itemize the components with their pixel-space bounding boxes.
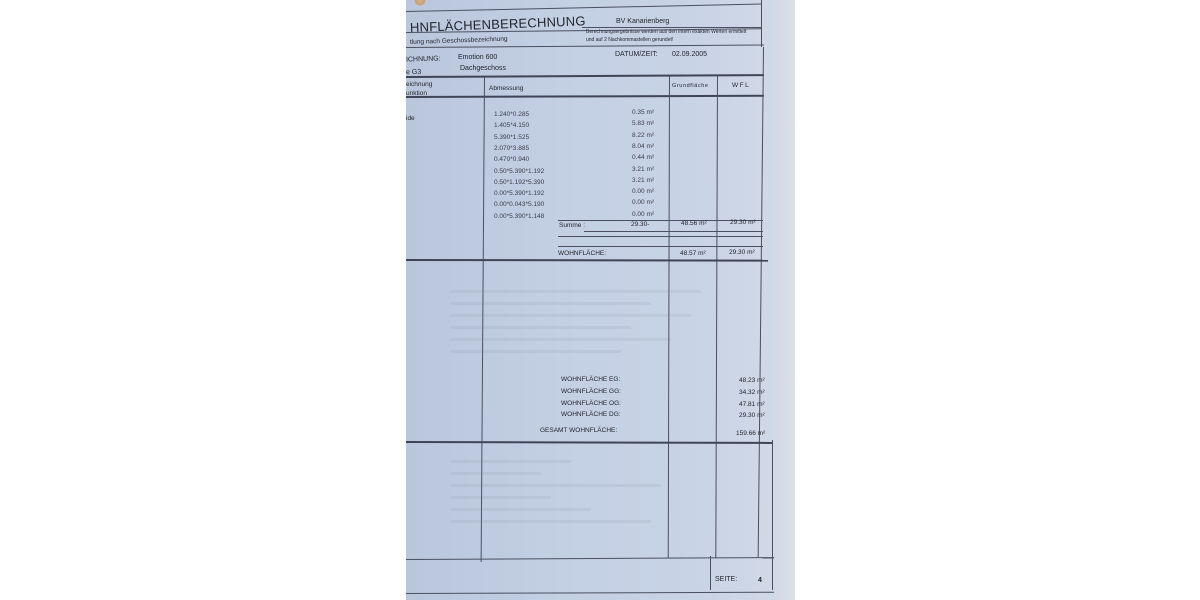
rule bbox=[558, 246, 763, 247]
row-dimension: 5.390*1.525 bbox=[494, 134, 529, 141]
floor-total-label: WOHNFLÄCHE OG: bbox=[561, 400, 621, 407]
row-area: 8.22 m² bbox=[632, 132, 654, 139]
gesamt-label: GESAMT WOHNFLÄCHE: bbox=[540, 427, 617, 434]
rule bbox=[406, 441, 772, 444]
row-dimension: 0.00*0.043*5.190 bbox=[494, 201, 544, 208]
row-dimension: 0.00*5.390*1.192 bbox=[494, 190, 544, 197]
row-area: 0.35 m² bbox=[632, 109, 654, 116]
column-rule bbox=[758, 47, 764, 557]
rule bbox=[406, 259, 768, 262]
col-header-abmessung: Abmessung bbox=[489, 85, 523, 92]
rule bbox=[761, 0, 762, 47]
rule bbox=[558, 236, 763, 237]
rule bbox=[406, 4, 762, 12]
label-datum: DATUM/ZEIT: bbox=[615, 51, 658, 58]
row-dimension: 0.00*5.390*1.148 bbox=[494, 213, 544, 220]
row-dimension: 0.50*1.192*5.390 bbox=[494, 179, 544, 186]
summe-grundflaeche: 48.56 m² bbox=[681, 220, 707, 227]
row-area: 5.83 m² bbox=[632, 120, 654, 127]
row-dimension: 1.405*4.150 bbox=[494, 122, 529, 129]
wohnflaeche-grundflaeche: 48.57 m² bbox=[680, 250, 706, 257]
wohnflaeche-label: WOHNFLÄCHE: bbox=[558, 250, 606, 257]
rule bbox=[406, 95, 764, 98]
row-area: 0.44 m² bbox=[632, 154, 654, 161]
rule bbox=[406, 592, 774, 594]
value-datum: 02.09.2005 bbox=[672, 51, 707, 58]
floor-total-value: 29.30 m² bbox=[739, 412, 765, 419]
column-rule bbox=[710, 556, 711, 590]
row-dimension: 0.470*0.940 bbox=[494, 156, 529, 163]
wohnflaeche-wfl: 29.30 m² bbox=[729, 249, 755, 256]
floor-total-value: 34.32 m² bbox=[739, 389, 765, 396]
calculation-sheet: HNFLÄCHENBERECHNUNG tlung nach Geschossb… bbox=[406, 0, 795, 600]
row-dimension: 2.070*3.885 bbox=[494, 145, 529, 152]
floor-total-label: WOHNFLÄCHE EG: bbox=[561, 376, 620, 383]
gesamt-value: 159.66 m² bbox=[736, 430, 765, 437]
row-area: 0.00 m² bbox=[632, 211, 654, 218]
row-area: 0.00 m² bbox=[632, 199, 654, 206]
rule bbox=[406, 45, 764, 48]
summe-value: 29.30- bbox=[631, 221, 649, 228]
rule bbox=[406, 557, 774, 560]
value-bezeichnung: Emotion 600 bbox=[458, 54, 497, 61]
rule bbox=[584, 231, 763, 232]
rule bbox=[406, 74, 764, 78]
summe-label: Summe : bbox=[559, 222, 585, 229]
label-bezeichnung: ICHNUNG: bbox=[406, 55, 441, 63]
floor-total-label: WOHNFLÄCHE DG: bbox=[561, 411, 621, 418]
stain-mark bbox=[414, 0, 426, 6]
column-rule bbox=[715, 75, 718, 558]
row-dimension: 0.50*5.390*1.192 bbox=[494, 168, 544, 175]
col-header-left-1: eichnung bbox=[406, 81, 432, 88]
row-area: 3.21 m² bbox=[632, 166, 654, 173]
column-rule bbox=[481, 77, 485, 562]
col-header-wfl: WFL bbox=[732, 82, 750, 89]
floor-total-value: 48.23 m² bbox=[739, 377, 765, 384]
project-name: BV Kanarienberg bbox=[616, 18, 669, 25]
rule bbox=[582, 27, 762, 28]
seite-value: 4 bbox=[758, 577, 762, 584]
note-line-2: und auf 2 Nachkommastellen gerundet! bbox=[586, 37, 673, 43]
document-subtitle: tlung nach Geschossbezeichnung bbox=[410, 36, 508, 46]
room-label: ide bbox=[406, 115, 415, 122]
floor-total-label: WOHNFLÄCHE GG: bbox=[561, 388, 621, 395]
value-geschoss: Dachgeschoss bbox=[460, 65, 506, 72]
document-photo: HNFLÄCHENBERECHNUNG tlung nach Geschossb… bbox=[406, 0, 795, 600]
row-area: 3.21 m² bbox=[632, 177, 654, 184]
row-area: 8.04 m² bbox=[632, 143, 654, 150]
col-header-grundflaeche: Grundfläche bbox=[672, 83, 709, 89]
summe-wfl: 29.30 m² bbox=[730, 219, 756, 226]
seite-label: SEITE: bbox=[715, 576, 737, 583]
row-area: 0.00 m² bbox=[632, 188, 654, 195]
row-dimension: 1.240*0.285 bbox=[494, 111, 529, 118]
floor-total-value: 47.81 m² bbox=[739, 401, 765, 408]
column-rule bbox=[772, 440, 773, 590]
